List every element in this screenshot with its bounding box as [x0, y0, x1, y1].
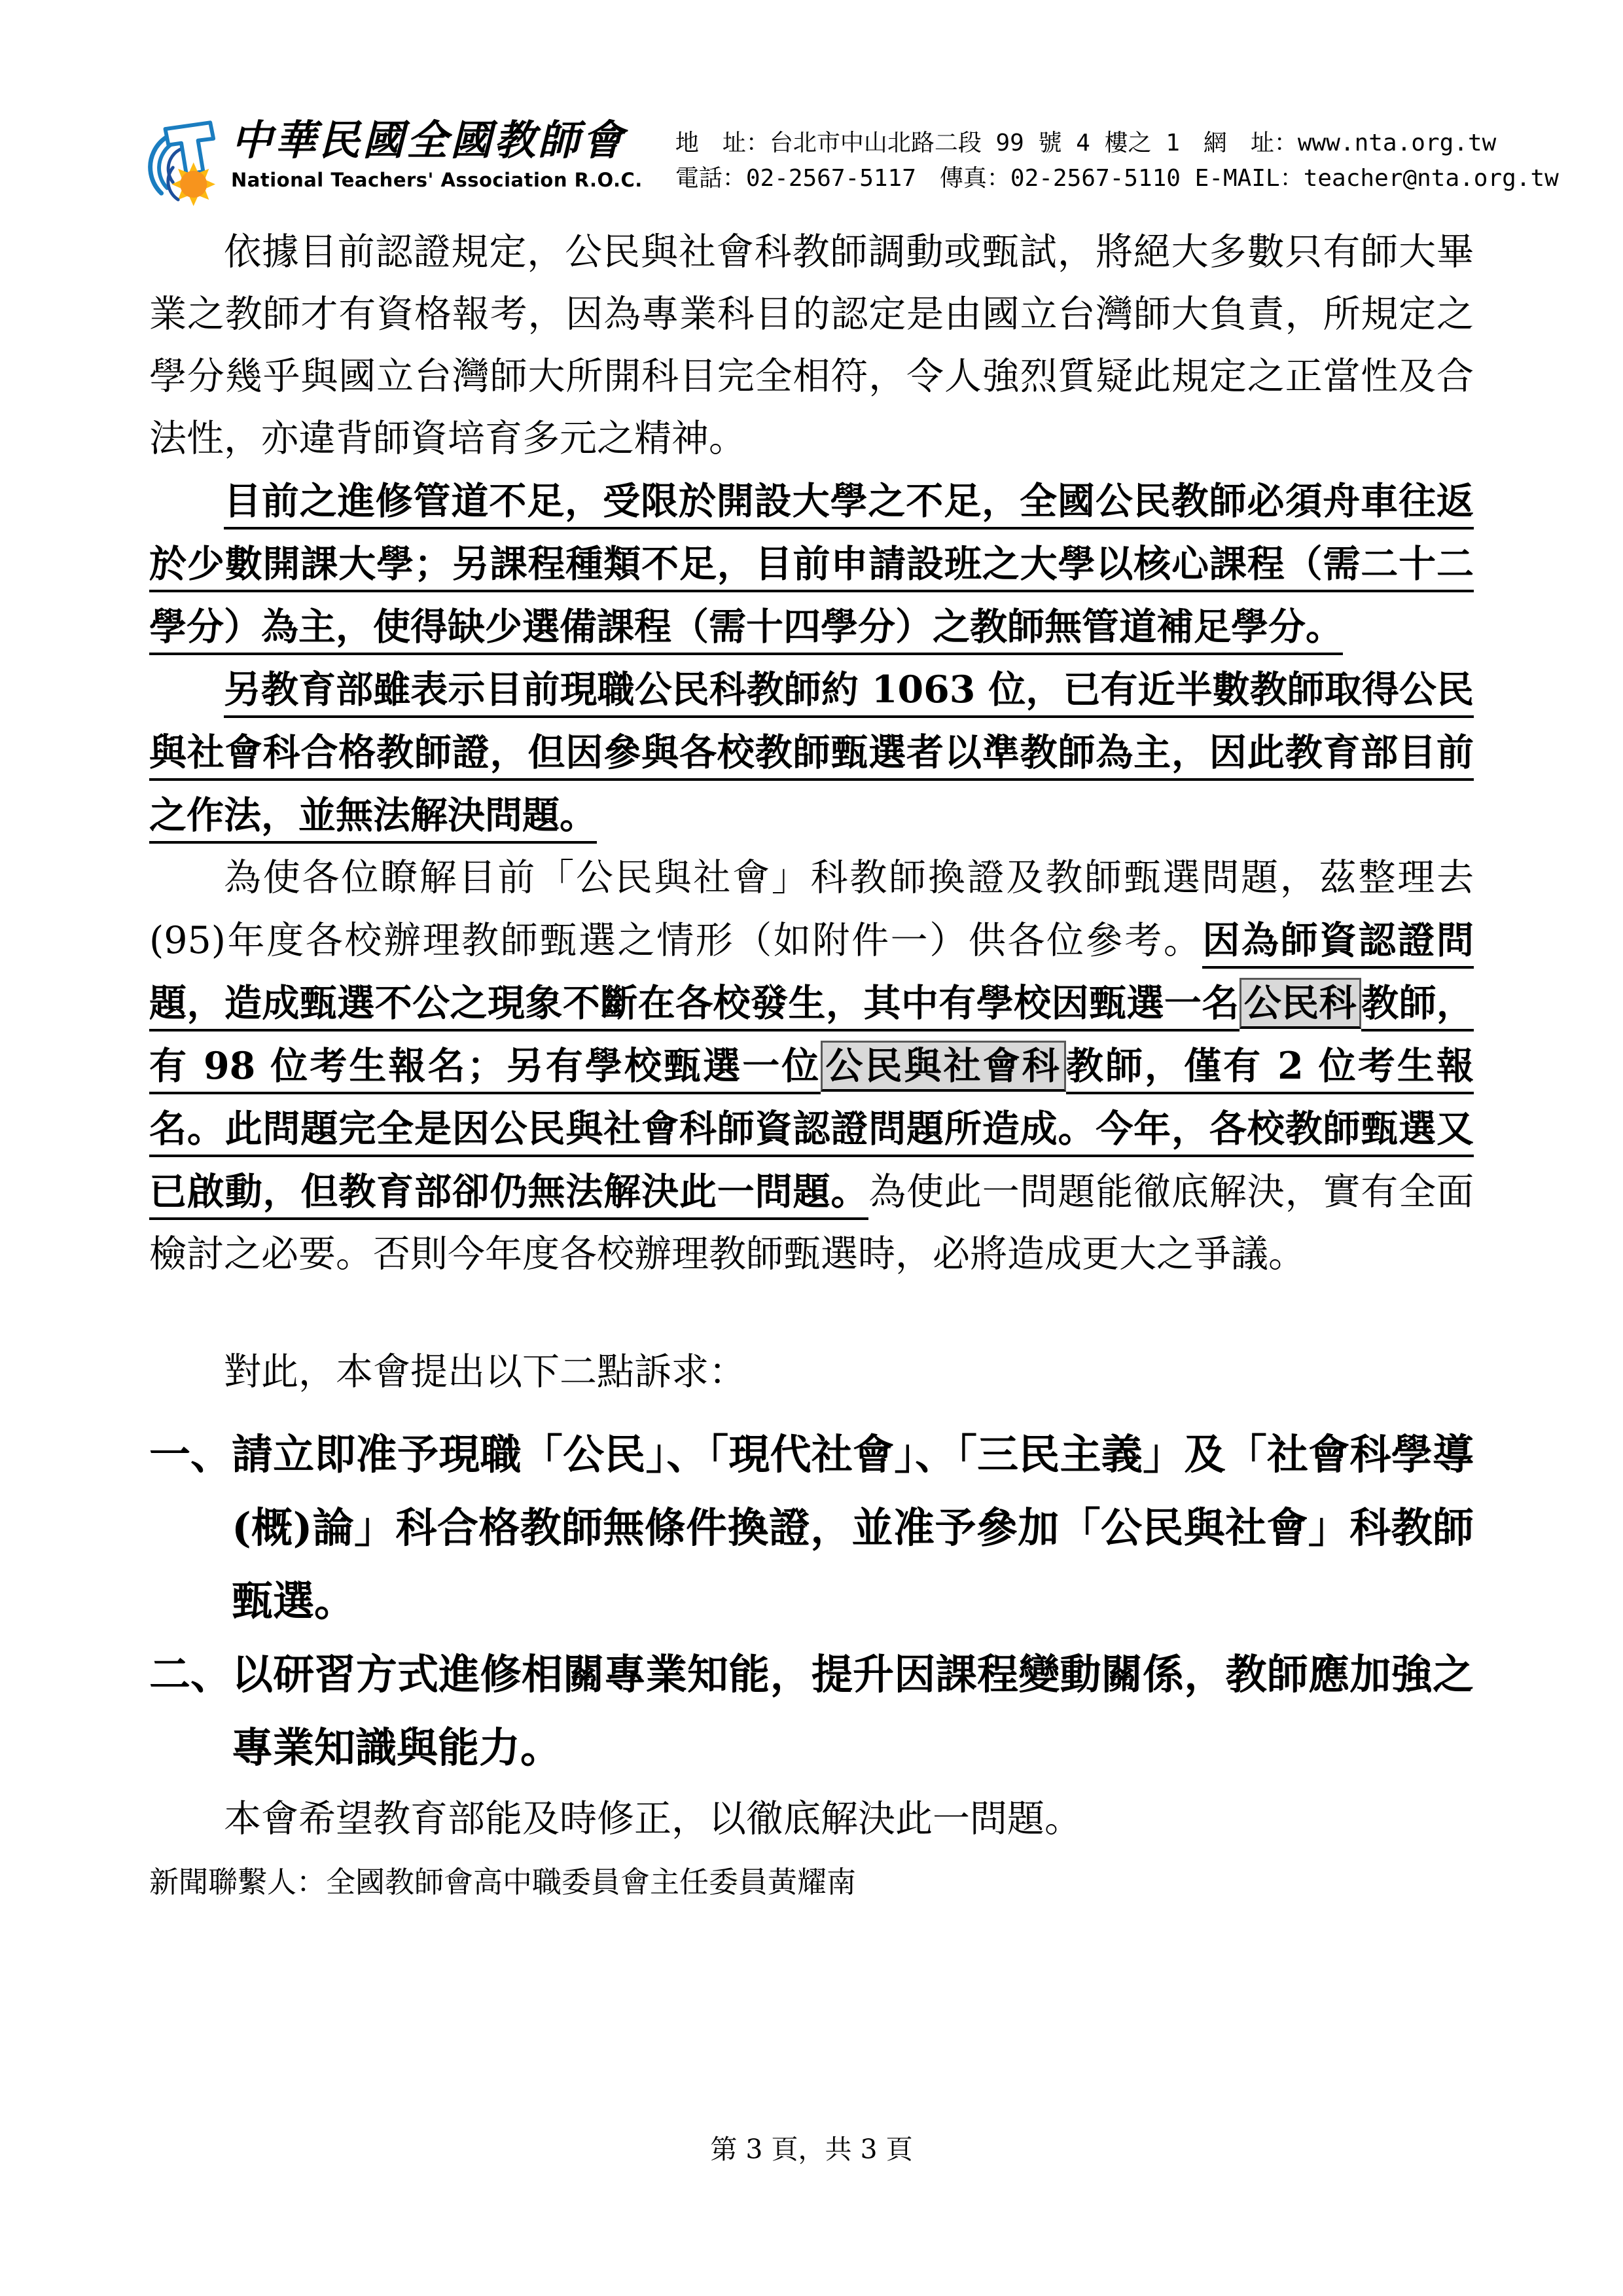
paragraph-2: 目前之進修管道不足，受限於開設大學之不足，全國公民教師必須舟車往返於少數開課大學… [149, 470, 1474, 658]
nta-logo: 中華民國全國教師會 National Teachers' Association… [147, 117, 643, 216]
highlighted-term-civics: 公民科 [1240, 978, 1361, 1029]
paragraph-3: 另教育部雖表示目前現職公民科教師約 1063 位，已有近半數教師取得公民與社會科… [149, 658, 1474, 847]
page-number: 第 3 頁，共 3 頁 [710, 2134, 912, 2165]
header: 中華民國全國教師會 National Teachers' Association… [147, 117, 1518, 216]
paragraph-4: 為使各位瞭解目前「公民與社會」科教師換證及教師甄選問題，茲整理去(95)年度各校… [149, 847, 1474, 1285]
org-names: 中華民國全國教師會 National Teachers' Association… [231, 117, 643, 191]
claim-1-text: 請立即准予現職「公民」、「現代社會」、「三民主義」及「社會科學導(概)論」科合格… [232, 1418, 1474, 1638]
paragraph-5-text: 對此，本會提出以下二點訴求： [224, 1350, 746, 1393]
claim-item-1: 一、 請立即准予現職「公民」、「現代社會」、「三民主義」及「社會科學導(概)論」… [149, 1418, 1474, 1638]
contact-phone-line: 電話：02-2567-5117 傳真：02-2567-5110 E-MAIL：t… [675, 161, 1559, 196]
claim-2-marker: 二、 [149, 1638, 232, 1784]
header-contact: 地 址：台北市中山北路二段 99 號 4 樓之 1 網 址：www.nta.or… [675, 126, 1559, 196]
org-name-zh: 中華民國全國教師會 [231, 117, 643, 164]
paragraph-5: 對此，本會提出以下二點訴求： [149, 1341, 1474, 1403]
claims-list: 一、 請立即准予現職「公民」、「現代社會」、「三民主義」及「社會科學導(概)論」… [149, 1418, 1474, 1784]
paragraph-1: 依據目前認證規定，公民與社會科教師調動或甄試，將絕大多數只有師大畢業之教師才有資… [149, 221, 1474, 470]
paragraph-6: 本會希望教育部能及時修正，以徹底解決此一問題。 [149, 1788, 1474, 1850]
document-body: 依據目前認證規定，公民與社會科教師調動或甄試，將絕大多數只有師大畢業之教師才有資… [149, 221, 1474, 1905]
paragraph-3-emphasized-text: 另教育部雖表示目前現職公民科教師約 1063 位，已有近半數教師取得公民與社會科… [149, 668, 1474, 844]
paragraph-2-emphasized-text: 目前之進修管道不足，受限於開設大學之不足，全國公民教師必須舟車往返於少數開課大學… [149, 479, 1474, 655]
paragraph-6-text: 本會希望教育部能及時修正，以徹底解決此一問題。 [224, 1797, 1082, 1840]
claim-item-2: 二、 以研習方式進修相關專業知能，提升因課程變動關係，教師應加強之專業知識與能力… [149, 1638, 1474, 1784]
claim-1-marker: 一、 [149, 1418, 232, 1638]
paragraph-1-text: 依據目前認證規定，公民與社會科教師調動或甄試，將絕大多數只有師大畢業之教師才有資… [149, 230, 1474, 460]
highlighted-term-civics-society: 公民與社會科 [821, 1041, 1065, 1092]
page-footer: 第 3 頁，共 3 頁 [0, 2128, 1623, 2166]
document-page: 中華民國全國教師會 National Teachers' Association… [0, 0, 1623, 2296]
contact-address-line: 地 址：台北市中山北路二段 99 號 4 樓之 1 網 址：www.nta.or… [675, 126, 1559, 161]
org-name-en: National Teachers' Association R.O.C. [231, 169, 643, 191]
nta-logo-icon [147, 117, 218, 216]
contact-person-line: 新聞聯繫人：全國教師會高中職委員會主任委員黃耀南 [149, 1859, 1474, 1905]
claim-2-text: 以研習方式進修相關專業知能，提升因課程變動關係，教師應加強之專業知識與能力。 [232, 1638, 1474, 1784]
